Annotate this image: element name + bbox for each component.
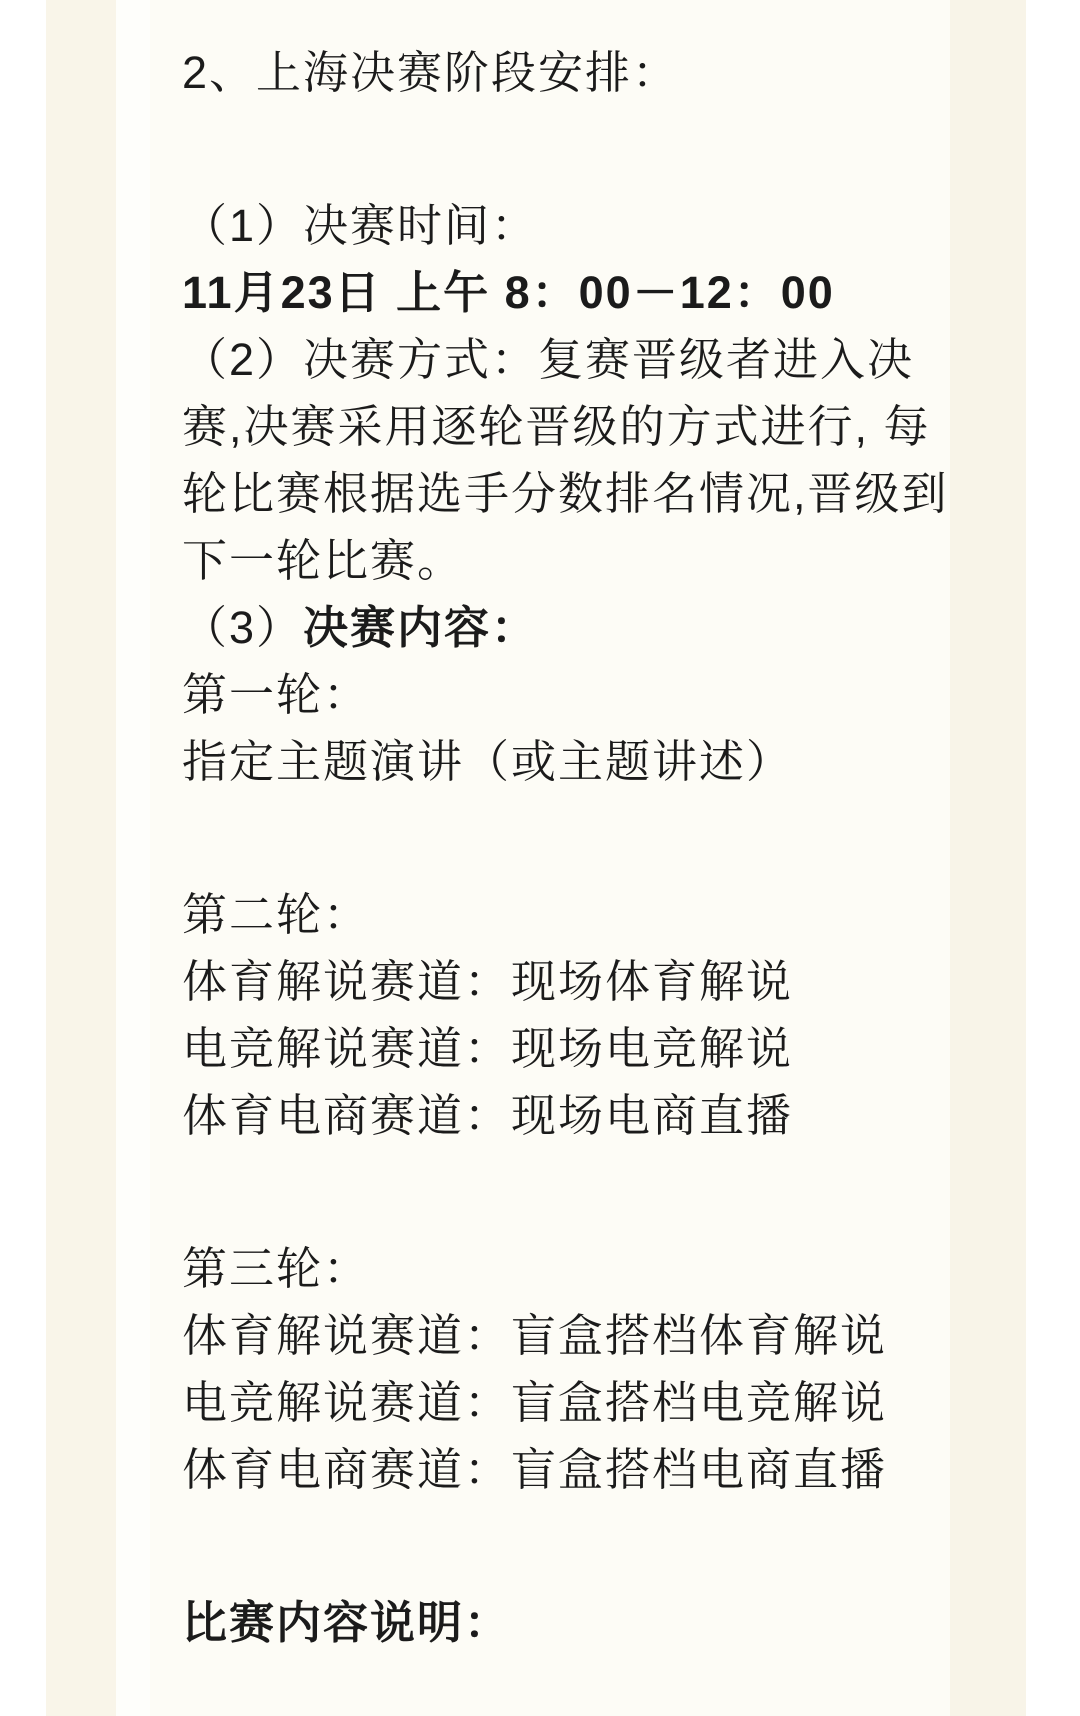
round-3-label-segment: 第三轮： [182,1243,370,1294]
round-2-track-sports-segment: 体育解说赛道：现场体育解说 [182,956,793,1007]
round-3-track-sports: 体育解说赛道：盲盒搭档体育解说 [182,1302,1052,1369]
round-1-content: 指定主题演讲（或主题讲述） [182,728,1052,795]
blank-line [182,1149,1052,1235]
final-time-label: （1）决赛时间： [182,192,1052,259]
content-notes-heading: 比赛内容说明： [182,1589,1052,1656]
document-page: 2、上海决赛阶段安排：（1）决赛时间：11月23日 上午 8：00－12：00（… [0,0,1080,1716]
round-3-track-esports-segment: 电竞解说赛道：盲盒搭档电竞解说 [182,1377,887,1428]
round-3-track-esports: 电竞解说赛道：盲盒搭档电竞解说 [182,1369,1052,1436]
round-2-track-ecommerce: 体育电商赛道：现场电商直播 [182,1082,1052,1149]
round-3-track-sports-segment: 体育解说赛道：盲盒搭档体育解说 [182,1310,887,1361]
content-notes-heading-segment: 比赛内容说明： [182,1597,511,1648]
round-1-label: 第一轮： [182,661,1052,728]
final-time-value: 11月23日 上午 8：00－12：00 [182,259,1052,326]
blank-line [182,106,1052,192]
section-heading: 2、上海决赛阶段安排： [182,39,1052,106]
round-3-track-ecommerce: 体育电商赛道：盲盒搭档电商直播 [182,1436,1052,1503]
final-time-value-segment: 11月23日 上午 8：00－12：00 [182,267,835,318]
final-format-line-4: 下一轮比赛。 [182,527,1052,594]
round-1-content-segment: 指定主题演讲（或主题讲述） [182,736,793,787]
document-body: 2、上海决赛阶段安排：（1）决赛时间：11月23日 上午 8：00－12：00（… [182,39,1052,1656]
final-format-line-3-segment: 轮比赛根据选手分数排名情况,晋级到 [182,468,949,519]
round-2-label: 第二轮： [182,881,1052,948]
round-2-track-ecommerce-segment: 体育电商赛道：现场电商直播 [182,1090,793,1141]
final-content-label-segment: 决赛内容： [303,602,538,653]
round-2-label-segment: 第二轮： [182,889,370,940]
round-3-label: 第三轮： [182,1235,1052,1302]
final-format-line-1: （2）决赛方式：复赛晋级者进入决 [182,326,1052,393]
round-2-track-esports: 电竞解说赛道：现场电竞解说 [182,1015,1052,1082]
final-content-label: （3）决赛内容： [182,594,1052,661]
round-1-label-segment: 第一轮： [182,669,370,720]
round-2-track-esports-segment: 电竞解说赛道：现场电竞解说 [182,1023,793,1074]
round-3-track-ecommerce-segment: 体育电商赛道：盲盒搭档电商直播 [182,1444,887,1495]
section-heading-segment: 2、上海决赛阶段安排： [182,47,679,98]
round-2-track-sports: 体育解说赛道：现场体育解说 [182,948,1052,1015]
final-format-line-1-segment: （2）决赛方式：复赛晋级者进入决 [182,334,914,385]
final-format-line-3: 轮比赛根据选手分数排名情况,晋级到 [182,460,1052,527]
blank-line [182,1503,1052,1589]
final-format-line-2: 赛,决赛采用逐轮晋级的方式进行, 每 [182,393,1052,460]
blank-line [182,795,1052,881]
final-time-label-segment: （1）决赛时间： [182,200,538,251]
final-format-line-4-segment: 下一轮比赛。 [182,535,464,586]
final-content-label-segment: （3） [182,602,303,653]
final-format-line-2-segment: 赛,决赛采用逐轮晋级的方式进行, 每 [182,401,931,452]
